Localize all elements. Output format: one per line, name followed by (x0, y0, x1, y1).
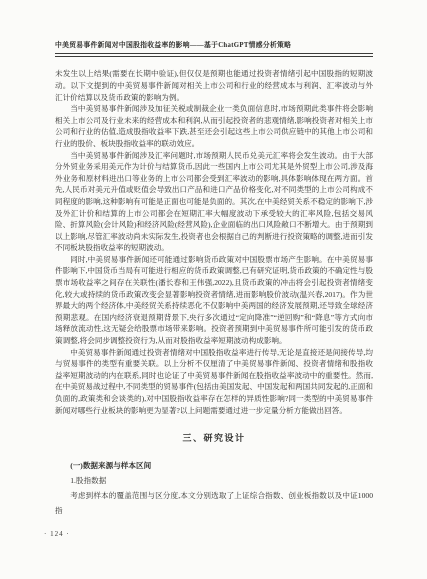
article-body: 未发生以上结果(需要在长期中验证),但仅仅是预期也能通过投资者情绪引起中国股指的… (55, 68, 373, 517)
subsection-heading: (一)数据来源与样本区间 (55, 458, 373, 473)
page-number: · 124 · (44, 530, 70, 538)
paragraph: 当中美贸易事件新闻涉及加征关税或制裁企业一类负面信息时,市场预期此类事件将会影响… (55, 103, 373, 149)
section-heading: 三、研究设计 (55, 433, 373, 445)
paragraph: 同时,中美贸易事件新闻还可能通过影响货币政策对中国股票市场产生影响。在中美贸易事… (55, 254, 373, 347)
paragraph: 中美贸易事件新闻通过投资者情绪对中国股指收益率进行传导,无论是直接还是间接传导,… (55, 347, 373, 417)
running-head: 中美贸易事件新闻对中国股指收益率的影响——基于ChatGPT情感分析策略 (55, 42, 373, 50)
numbered-item: 1.股指数据 (55, 473, 373, 488)
paragraph: 当中美贸易事件新闻涉及汇率问题时,市场预期人民币兑美元汇率将会发生波动。由于大部… (55, 150, 373, 254)
paragraph: 未发生以上结果(需要在长期中验证),但仅仅是预期也能通过投资者情绪引起中国股指的… (55, 68, 373, 103)
page-content: 中美贸易事件新闻对中国股指收益率的影响——基于ChatGPT情感分析策略 未发生… (55, 42, 373, 518)
paragraph: 考虑到样本的覆盖范围与区分度,本文分别选取了上证综合指数、创业板指数以及中证10… (55, 488, 373, 518)
running-head-rule (55, 53, 373, 57)
document-page: 中美贸易事件新闻对中国股指收益率的影响——基于ChatGPT情感分析策略 未发生… (0, 0, 427, 579)
